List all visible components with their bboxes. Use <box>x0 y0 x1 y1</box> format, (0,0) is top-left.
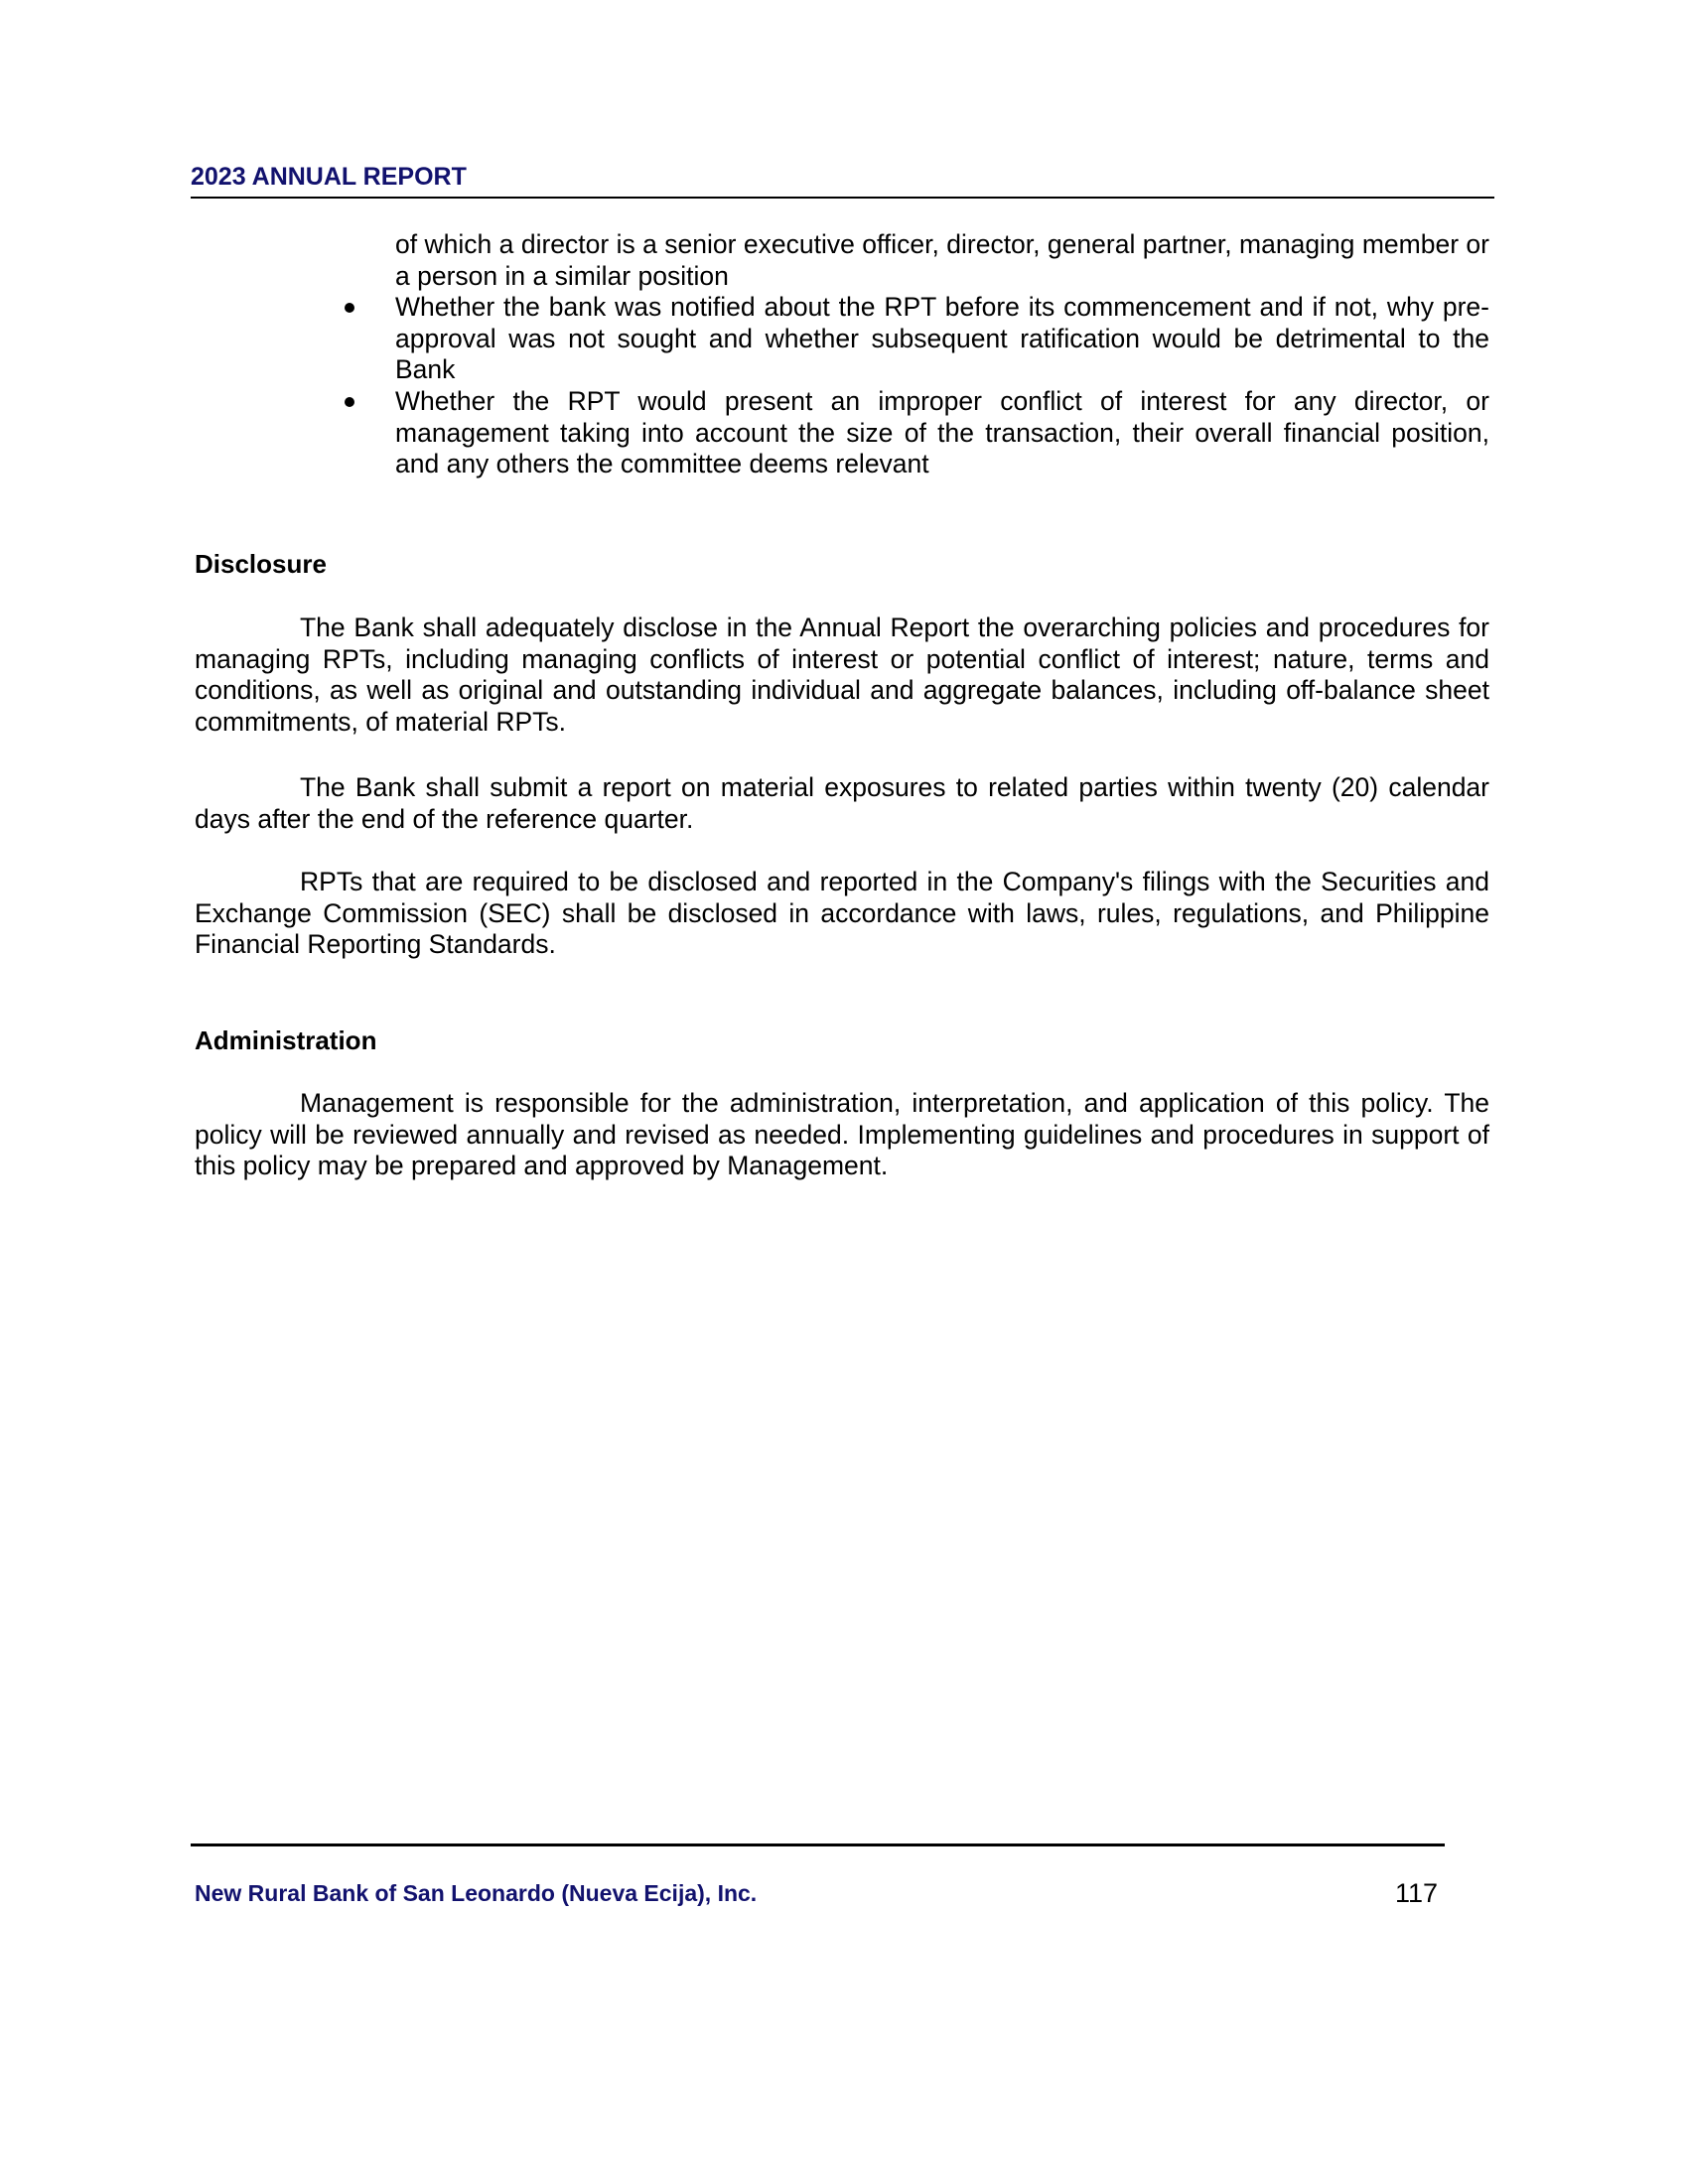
footer-organization-name: New Rural Bank of San Leonardo (Nueva Ec… <box>195 1879 757 1907</box>
section-heading-administration: Administration <box>195 1025 376 1057</box>
bullet-icon <box>345 397 354 407</box>
disclosure-paragraph: The Bank shall adequately disclose in th… <box>195 613 1489 738</box>
administration-paragraph: Management is responsible for the admini… <box>195 1088 1489 1182</box>
section-heading-disclosure: Disclosure <box>195 549 327 581</box>
rpt-review-criteria-list: of which a director is a senior executiv… <box>395 229 1489 480</box>
header-divider <box>191 197 1494 199</box>
list-item-text: Whether the bank was notified about the … <box>395 292 1489 384</box>
list-item: Whether the RPT would present an imprope… <box>395 386 1489 480</box>
bullet-icon <box>345 303 354 313</box>
list-item-text: of which a director is a senior executiv… <box>395 229 1489 291</box>
list-item: Whether the bank was notified about the … <box>395 292 1489 386</box>
list-item-text: Whether the RPT would present an imprope… <box>395 386 1489 478</box>
disclosure-paragraph: The Bank shall submit a report on materi… <box>195 772 1489 835</box>
footer-divider <box>191 1843 1445 1846</box>
report-header-title: 2023 ANNUAL REPORT <box>191 162 467 192</box>
disclosure-paragraph: RPTs that are required to be disclosed a… <box>195 867 1489 961</box>
page-number: 117 <box>1390 1877 1438 1909</box>
list-item-continuation: of which a director is a senior executiv… <box>395 229 1489 292</box>
